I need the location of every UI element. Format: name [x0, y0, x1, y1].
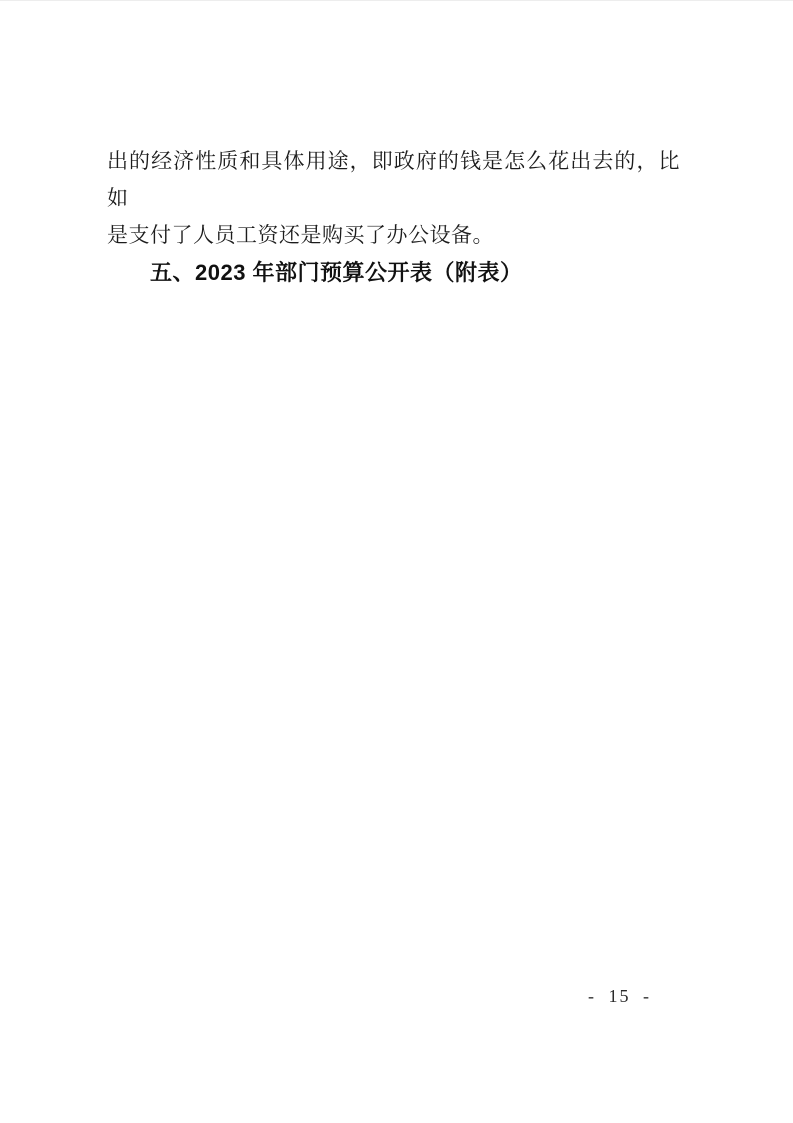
paragraph-line: 是支付了人员工资还是购买了办公设备。 [107, 217, 680, 254]
section-heading: 五、2023 年部门预算公开表（附表） [107, 254, 680, 291]
paragraph-line: 出的经济性质和具体用途，即政府的钱是怎么花出去的，比如 [107, 143, 680, 217]
document-page: 出的经济性质和具体用途，即政府的钱是怎么花出去的，比如 是支付了人员工资还是购买… [0, 0, 793, 1123]
body-text-block: 出的经济性质和具体用途，即政府的钱是怎么花出去的，比如 是支付了人员工资还是购买… [107, 143, 680, 291]
page-number: - 15 - [588, 986, 651, 1007]
